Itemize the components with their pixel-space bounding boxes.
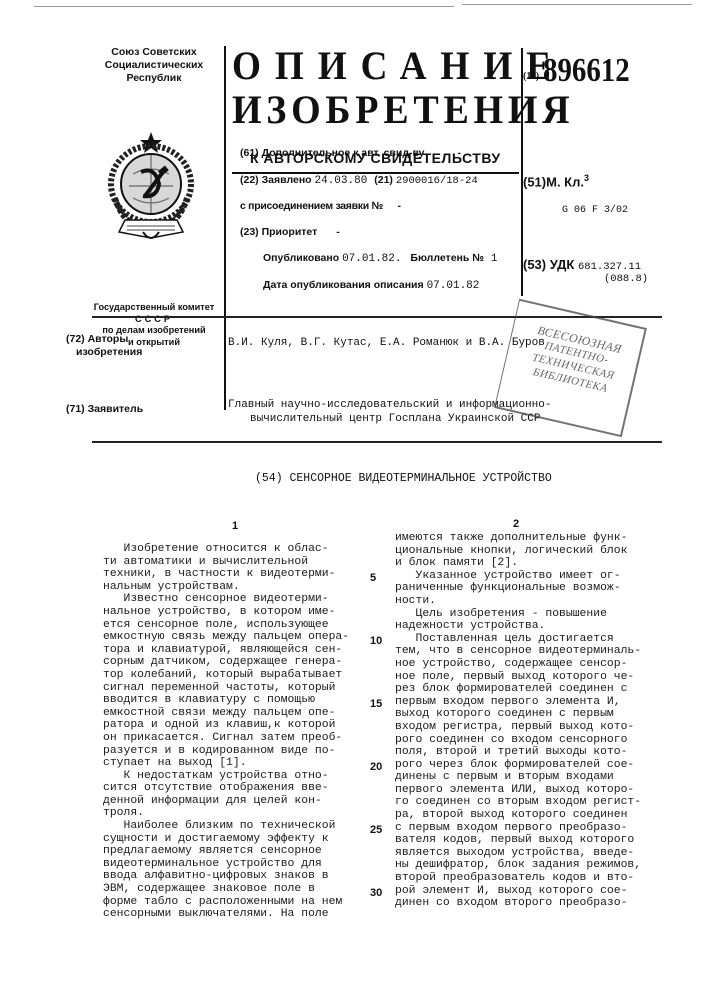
- field-22-label: (22) Заявлено: [240, 174, 312, 186]
- authors-label-line: (72) Авторы: [66, 333, 142, 346]
- body-line: является выходом устройства, введе-: [395, 847, 641, 860]
- field-61-label: (61) Дополнительное к авт. свид-ву: [240, 147, 425, 159]
- body-line: циональные кнопки, логический блок: [395, 545, 641, 558]
- body-line: Цель изобретения - повышение: [395, 608, 641, 621]
- body-line: нальным устройствам.: [103, 581, 349, 594]
- body-line: разуется и в кодированном виде по-: [103, 745, 349, 758]
- body-line: Изобретение относится к облас-: [103, 543, 349, 556]
- body-line: нальное устройство, в котором име-: [103, 606, 349, 619]
- body-line: предлагаемому является сенсорное: [103, 845, 349, 858]
- field-21-label: (21): [374, 174, 393, 186]
- field-61-value: -: [457, 147, 461, 159]
- body-line: емкостную связь между пальцем опера-: [103, 631, 349, 644]
- body-line: тем, что в сенсорное видеотерминаль-: [395, 645, 641, 658]
- body-line: сенсорными выключателями. На поле: [103, 908, 349, 921]
- body-line: вателя кодов, первый выход которого: [395, 834, 641, 847]
- body-line: ности.: [395, 595, 641, 608]
- body-line: сущности и достигаемому эффекту к: [103, 833, 349, 846]
- body-line: Поставленная цель достигается: [395, 633, 641, 646]
- body-line: троля.: [103, 807, 349, 820]
- body-line: ратора и одной из клавиш,к которой: [103, 719, 349, 732]
- union-line: Союз Советских: [84, 46, 224, 59]
- body-column-2: имеются также дополнительные функ-ционал…: [395, 532, 641, 910]
- body-line: ра, второй выход которого соединен: [395, 809, 641, 822]
- field-51-value: G 06 F 3/02: [562, 205, 628, 216]
- field-22-value: 24.03.80: [315, 175, 368, 187]
- field-23-value: -: [336, 226, 340, 238]
- field-published-date: Опубликовано 07.01.82. Бюллетень № 1: [263, 252, 498, 265]
- field-61: (61) Дополнительное к авт. свид-ву -: [240, 147, 461, 159]
- doc-type-title: ОПИСАНИЕ: [232, 44, 565, 88]
- union-line: Республик: [84, 72, 224, 85]
- body-line: Известно сенсорное видеотерми-: [103, 593, 349, 606]
- body-line: форме табло с расположенными на нем: [103, 896, 349, 909]
- body-line: рого соединен со входом сенсорного: [395, 734, 641, 747]
- body-line: техники, в частности к видеотерми-: [103, 568, 349, 581]
- field-23: (23) Приоритет -: [240, 226, 340, 238]
- field-53-value-2: (088.8): [604, 273, 648, 285]
- body-line: емкостной связи между пальцем опе-: [103, 707, 349, 720]
- line-number: 30: [370, 887, 382, 899]
- body-line: поля, второй и третий выходы кото-: [395, 746, 641, 759]
- authors-value: В.И. Куля, В.Г. Кутас, Е.А. Романюк и В.…: [228, 337, 545, 349]
- column-number-2: 2: [513, 518, 519, 530]
- body-line: ное устройство, содержащее сенсор-: [395, 658, 641, 671]
- field-joined: с присоединением заявки № -: [240, 200, 401, 212]
- body-line: ется сенсорное поле, использующее: [103, 619, 349, 632]
- committee-line: Государственный комитет: [84, 302, 224, 314]
- body-line: второй преобразователь кодов и вто-: [395, 872, 641, 885]
- body-line: тора и клавиатурой, являющейся сен-: [103, 644, 349, 657]
- body-line: ступает на выход [1].: [103, 757, 349, 770]
- scan-edge-line: [462, 4, 692, 5]
- union-line: Социалистических: [84, 59, 224, 72]
- body-line: рого через блок формирователей сое-: [395, 759, 641, 772]
- desc-date-value: 07.01.82: [427, 280, 480, 292]
- body-line: первым входом первого элемента И,: [395, 696, 641, 709]
- body-line: сигнал переменной частоты, который: [103, 682, 349, 695]
- authors-label-line: изобретения: [66, 346, 142, 359]
- body-line: видеотерминальное устройство для: [103, 858, 349, 871]
- body-line: первого элемента ИЛИ, выход которо-: [395, 784, 641, 797]
- bulletin-label: Бюллетень №: [410, 252, 484, 264]
- field-21-value: 2900016/18-24: [396, 175, 478, 187]
- body-line: надежности устройства.: [395, 620, 641, 633]
- document-title: (54) СЕНСОРНОЕ ВИДЕОТЕРМИНАЛЬНОЕ УСТРОЙС…: [255, 472, 552, 485]
- body-line: денной информации для целей кон-: [103, 795, 349, 808]
- body-line: имеются также дополнительные функ-: [395, 532, 641, 545]
- applicant-line: вычислительный центр Госплана Украинской…: [228, 412, 551, 426]
- field-53: (53) УДК 681.327.11: [523, 257, 641, 273]
- desc-date-label: Дата опубликования описания: [263, 279, 424, 291]
- body-line: входом регистра, первый выход кото-: [395, 721, 641, 734]
- body-line: ЭВМ, содержащее знаковое поле в: [103, 883, 349, 896]
- field-22: (22) Заявлено 24.03.80 (21) 2900016/18-2…: [240, 174, 478, 187]
- field-joined-label: с присоединением заявки №: [240, 200, 383, 212]
- published-value: 07.01.82.: [342, 253, 401, 265]
- line-number: 15: [370, 698, 382, 710]
- body-line: раниченные функциональные возмож-: [395, 582, 641, 595]
- body-line: Указанное устройство имеет ог-: [395, 570, 641, 583]
- body-line: ное поле, первый выход которого че-: [395, 671, 641, 684]
- body-line: динен со входом второго преобразо-: [395, 897, 641, 910]
- line-number: 10: [370, 635, 382, 647]
- body-line: рой элемент И, выход которого сое-: [395, 885, 641, 898]
- published-label: Опубликовано: [263, 252, 339, 264]
- body-column-1: Изобретение относится к облас-ти автомат…: [103, 543, 349, 921]
- body-line: сится отсутствие отображения вве-: [103, 782, 349, 795]
- line-number: 5: [370, 572, 376, 584]
- body-line: тор колебаний, который вырабатывает: [103, 669, 349, 682]
- body-line: ти автоматики и вычислительной: [103, 556, 349, 569]
- bulletin-value: 1: [491, 253, 498, 265]
- field-description-date: Дата опубликования описания 07.01.82: [263, 279, 479, 292]
- field-53-label: (53) УДК: [523, 257, 574, 272]
- field-23-label: (23) Приоритет: [240, 226, 317, 238]
- line-number: 25: [370, 824, 382, 836]
- column-number-1: 1: [232, 520, 238, 532]
- body-line: го соединен со вторым входом регист-: [395, 796, 641, 809]
- body-line: он прикасается. Сигнал затем преоб-: [103, 732, 349, 745]
- issuer-union: Союз Советских Социалистических Республи…: [84, 46, 224, 85]
- body-line: динены с первым и вторым входами: [395, 771, 641, 784]
- field-51-sup: 3: [584, 173, 589, 183]
- applicant-label: (71) Заявитель: [66, 403, 143, 415]
- body-line: рез блок формирователей соединен с: [395, 683, 641, 696]
- field-joined-value: -: [398, 200, 401, 212]
- body-line: выход которого соединен с первым: [395, 708, 641, 721]
- patent-number-label: (11): [523, 71, 539, 82]
- field-51: (51)М. Кл.3: [523, 173, 589, 189]
- field-53-value: 681.327.11: [578, 261, 641, 273]
- body-line: сорным датчиком, содержащее генера-: [103, 656, 349, 669]
- body-line: ввода алфавитно-цифровых знаков в: [103, 870, 349, 883]
- scan-edge-line: [34, 6, 454, 7]
- patent-number: 896612: [543, 52, 630, 90]
- body-line: с первым входом первого преобразо-: [395, 822, 641, 835]
- body-line: и блок памяти [2].: [395, 557, 641, 570]
- doc-type-title-2: ИЗОБРЕТЕНИЯ: [232, 88, 574, 132]
- ussr-emblem-icon: [103, 128, 199, 248]
- field-51-label: (51)М. Кл.: [523, 174, 584, 189]
- body-line: ны дешифратор, блок задания режимов,: [395, 859, 641, 872]
- body-line: вводится в клавиатуру с помощью: [103, 694, 349, 707]
- body-line: Наиболее близким по технической: [103, 820, 349, 833]
- authors-label: (72) Авторы изобретения: [66, 333, 142, 359]
- parties-bottom-rule: [92, 441, 662, 443]
- header-divider-left: [224, 46, 226, 410]
- body-line: К недостаткам устройства отно-: [103, 770, 349, 783]
- line-number: 20: [370, 761, 382, 773]
